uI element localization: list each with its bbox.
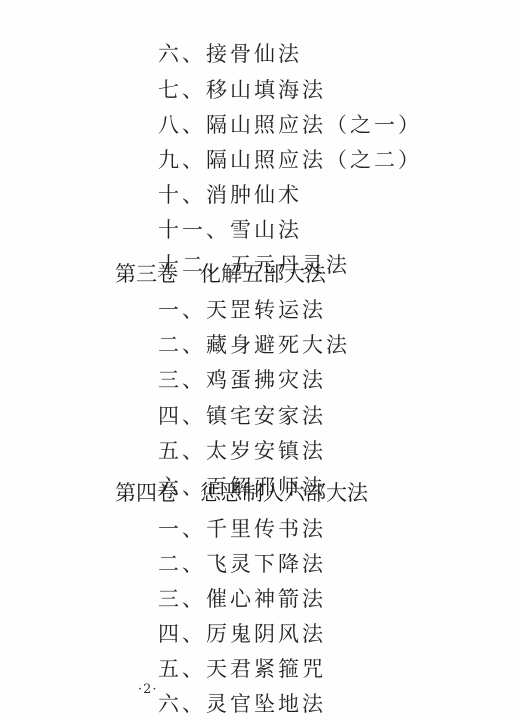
item-title: 灵官坠地法: [206, 692, 326, 716]
toc-item: 三、催心神箭法: [158, 587, 326, 611]
item-number: 九、: [158, 148, 206, 172]
item-title: 太岁安镇法: [206, 439, 326, 463]
toc-item: 五、太岁安镇法: [158, 439, 326, 463]
toc-item: 十一、雪山法: [158, 218, 302, 242]
volume-title: 惩恶制人六部大法: [200, 481, 368, 505]
item-number: 五、: [158, 439, 206, 463]
item-title: 接骨仙法: [206, 42, 302, 66]
item-title: 飞灵下降法: [206, 552, 326, 576]
item-number: 五、: [158, 657, 206, 681]
item-title: 厉鬼阴风法: [206, 622, 326, 646]
item-number: 八、: [158, 113, 206, 137]
toc-item: 六、灵官坠地法: [158, 692, 326, 716]
item-number: 十一、: [158, 218, 230, 242]
item-number: 一、: [158, 298, 206, 322]
item-number: 十、: [158, 183, 206, 207]
toc-item: 一、千里传书法: [158, 517, 326, 541]
toc-item: 三、鸡蛋拂灾法: [158, 368, 326, 392]
toc-item: 六、接骨仙法: [158, 42, 302, 66]
item-title: 藏身避死大法: [206, 333, 350, 357]
item-title: 隔山照应法（之一）: [206, 113, 422, 137]
toc-item: 七、移山填海法: [158, 78, 326, 102]
item-number: 七、: [158, 78, 206, 102]
toc-item: 一、天罡转运法: [158, 298, 326, 322]
item-title: 鸡蛋拂灾法: [206, 368, 326, 392]
item-title: 千里传书法: [206, 517, 326, 541]
item-number: 一、: [158, 517, 206, 541]
item-title: 催心神箭法: [206, 587, 326, 611]
volume-label: 第四卷: [115, 481, 178, 505]
document-page: 六、接骨仙法 七、移山填海法 八、隔山照应法（之一） 九、隔山照应法（之二） 十…: [0, 0, 517, 722]
volume-title: 化解五部大法: [200, 262, 326, 286]
toc-item: 二、藏身避死大法: [158, 333, 350, 357]
item-title: 镇宅安家法: [206, 404, 326, 428]
item-number: 二、: [158, 333, 206, 357]
item-number: 四、: [158, 622, 206, 646]
item-number: 三、: [158, 368, 206, 392]
toc-item: 四、厉鬼阴风法: [158, 622, 326, 646]
toc-item: 二、飞灵下降法: [158, 552, 326, 576]
page-number: ·2·: [138, 682, 158, 697]
item-number: 三、: [158, 587, 206, 611]
volume-label: 第三卷: [115, 262, 178, 286]
item-title: 雪山法: [230, 218, 302, 242]
section-heading-volume-4: 第四卷惩恶制人六部大法: [115, 481, 368, 505]
item-title: 天罡转运法: [206, 298, 326, 322]
item-number: 六、: [158, 692, 206, 716]
toc-item: 八、隔山照应法（之一）: [158, 113, 422, 137]
item-number: 四、: [158, 404, 206, 428]
item-title: 移山填海法: [206, 78, 326, 102]
item-title: 消肿仙术: [206, 183, 302, 207]
toc-item: 九、隔山照应法（之二）: [158, 148, 422, 172]
item-title: 天君紧箍咒: [206, 657, 326, 681]
section-heading-volume-3: 第三卷化解五部大法: [115, 262, 326, 286]
item-title: 隔山照应法（之二）: [206, 148, 422, 172]
item-number: 二、: [158, 552, 206, 576]
toc-item: 五、天君紧箍咒: [158, 657, 326, 681]
item-number: 六、: [158, 42, 206, 66]
toc-item: 十、消肿仙术: [158, 183, 302, 207]
toc-item: 四、镇宅安家法: [158, 404, 326, 428]
